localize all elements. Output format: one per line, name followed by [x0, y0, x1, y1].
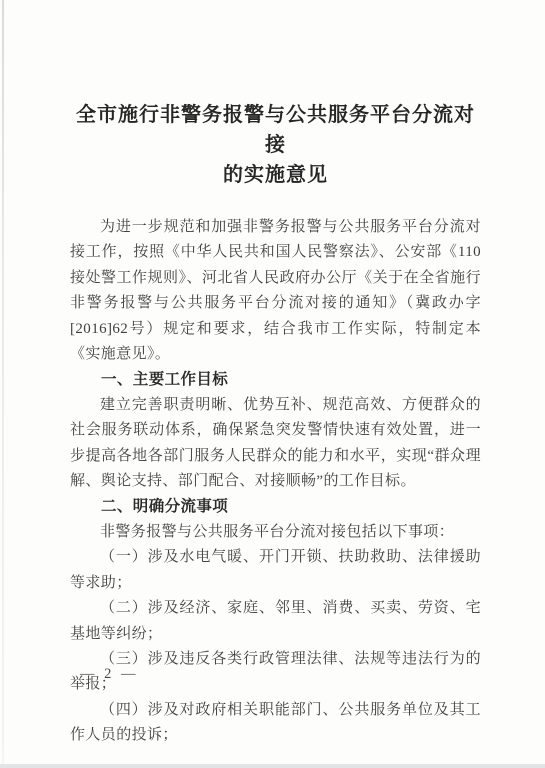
intro-paragraph: 为进一步规范和加强非警务报警与公共服务平台分流对接工作，按照《中华人民共和国人民… [70, 215, 481, 367]
page-number: — 2 — [80, 666, 139, 683]
section-2-item-1: （一）涉及水电气暖、开门开锁、扶助救助、法律援助等求助； [70, 545, 481, 596]
document-title: 全市施行非警务报警与公共服务平台分流对接的实施意见 [70, 100, 481, 190]
section-2-item-2: （二）涉及经济、家庭、邻里、消费、买卖、劳资、宅基地等纠纷； [70, 596, 481, 647]
section-2-item-4: （四）涉及对政府相关职能部门、公共服务单位及其工作人员的投诉； [70, 698, 481, 749]
document-title-line2: 的实施意见 [223, 164, 328, 186]
scan-edge-bottom [0, 764, 545, 768]
scanned-document-page: 全市施行非警务报警与公共服务平台分流对接的实施意见 为进一步规范和加强非警务报警… [0, 0, 545, 768]
document-title-line1: 全市施行非警务报警与公共服务平台分流对接 [76, 104, 475, 156]
section-1-paragraph: 建立完善职责明晰、优势互补、规范高效、方便群众的社会服务联动体系，确保紧急突发警… [70, 393, 481, 495]
document-content: 全市施行非警务报警与公共服务平台分流对接的实施意见 为进一步规范和加强非警务报警… [70, 0, 481, 749]
section-2-lead-paragraph: 非警务报警与公共服务平台分流对接包括以下事项： [70, 520, 481, 545]
section-1-heading: 一、主要工作目标 [70, 367, 481, 392]
scan-edge-left [2, 0, 4, 768]
section-2-heading: 二、明确分流事项 [70, 494, 481, 519]
